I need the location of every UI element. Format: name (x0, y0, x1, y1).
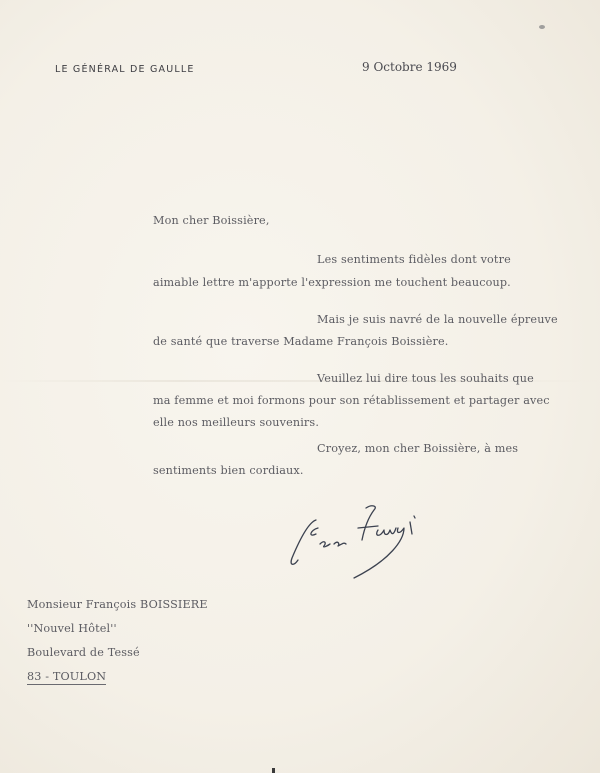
body-line: Les sentiments fidèles dont votre (317, 253, 511, 266)
body-line: elle nos meilleurs souvenirs. (153, 416, 319, 429)
signature (280, 500, 430, 580)
body-line: Mais je suis navré de la nouvelle épreuv… (317, 313, 558, 326)
body-line: de santé que traverse Madame François Bo… (153, 335, 448, 348)
letter-date: 9 Octobre 1969 (362, 60, 457, 74)
letterhead: LE GÉNÉRAL DE GAULLE (55, 64, 195, 75)
address-city: 83 - TOULON (27, 670, 106, 683)
paper-spot (539, 25, 545, 29)
body-line: Veuillez lui dire tous les souhaits que (317, 372, 534, 385)
body-line: Croyez, mon cher Boissière, à mes (317, 442, 518, 455)
body-line: ma femme et moi formons pour son rétabli… (153, 394, 550, 407)
letter-page: LE GÉNÉRAL DE GAULLE 9 Octobre 1969 Mon … (0, 0, 600, 773)
address-street: Boulevard de Tessé (27, 646, 140, 659)
body-line: sentiments bien cordiaux. (153, 464, 304, 477)
salutation: Mon cher Boissière, (153, 214, 270, 227)
body-line: aimable lettre m'apporte l'expression me… (153, 276, 511, 289)
address-name: Monsieur François BOISSIERE (27, 598, 208, 611)
paper-mark (272, 768, 275, 773)
address-hotel: ''Nouvel Hôtel'' (27, 622, 117, 635)
address-city-text: 83 - TOULON (27, 670, 106, 685)
